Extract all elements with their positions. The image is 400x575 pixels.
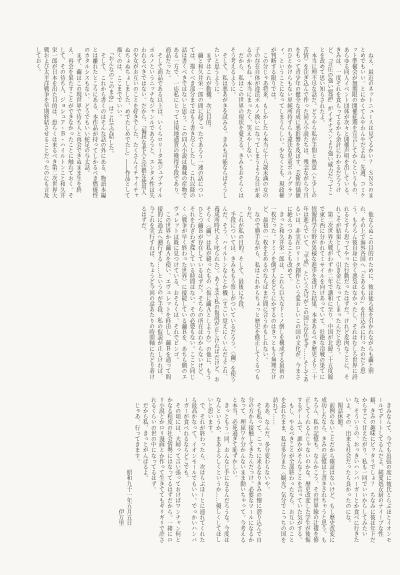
book-page: ねえ、最近のネットニュースは見てるかい？ ＳＮＳのまとめでもいい。とにかくてんや… xyxy=(0,0,400,575)
text-block-middle: 他ならぬこの目的のために、彼は後ろ髪を引かれながらも繭と別れ、その上で海外各国へ… xyxy=(139,206,374,384)
text-block-bottom: きみなんて、今でも出張の度に彼氏とらぶほとイオンモールでデートしてるんだよ、純愛… xyxy=(116,397,392,547)
text-block-top: ねえ、最近のネットニュースは見てるかい？ ＳＮＳのまとめでもいい。とにかくてんや… xyxy=(33,47,374,200)
